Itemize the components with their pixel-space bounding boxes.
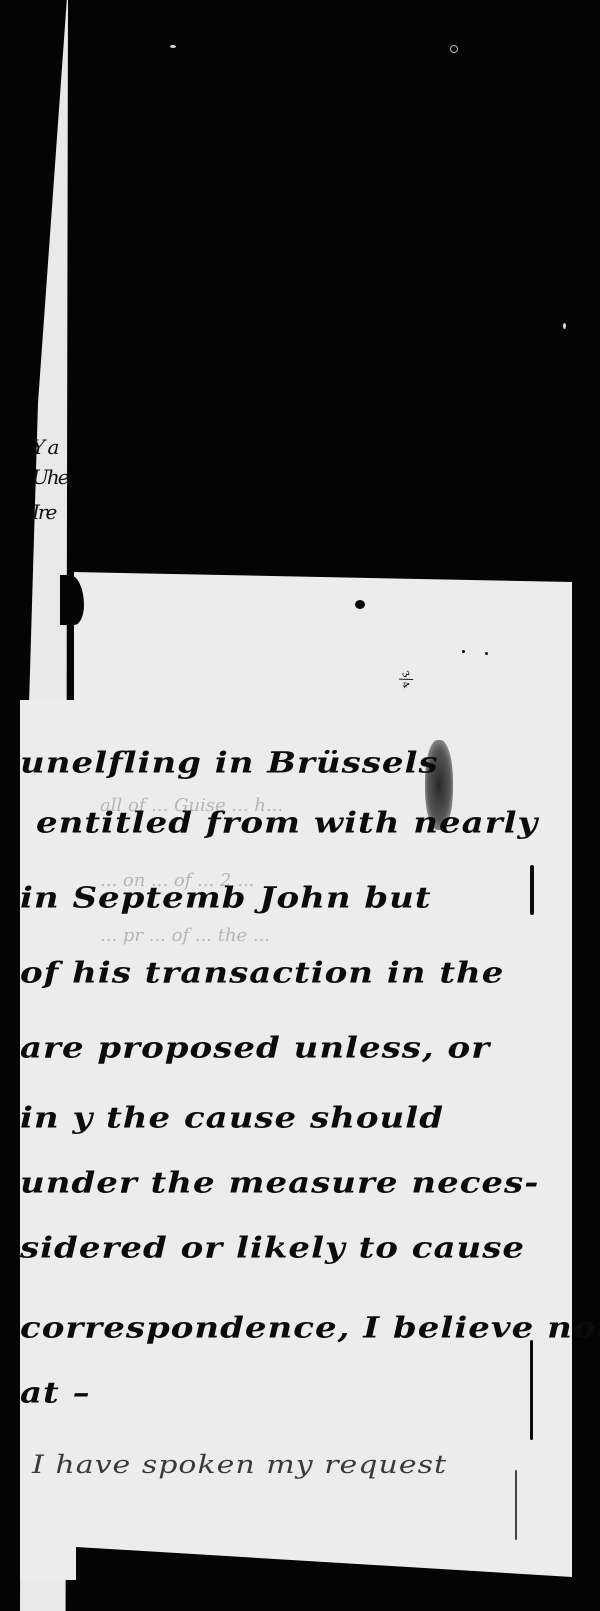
bracket-mark <box>530 865 534 915</box>
ink-blot <box>355 600 365 609</box>
handwritten-line-10: at – <box>20 1376 91 1410</box>
handwritten-line-11: I have spoken my request <box>32 1450 447 1480</box>
film-speck <box>450 45 458 53</box>
letter-sheet <box>74 572 572 1577</box>
film-speck <box>563 323 566 329</box>
bleed-through-text: ... pr ... of ... the ... <box>100 925 270 946</box>
ink-speck <box>462 650 465 653</box>
handwritten-line-8: sidered or likely to cause <box>20 1231 525 1265</box>
bracket-mark <box>530 1340 533 1440</box>
handwritten-line-9: correspondence, I believe not <box>20 1311 600 1345</box>
strip-text-line: Uhe <box>32 465 68 489</box>
strip-text-line: Ire <box>32 500 55 524</box>
ink-speck <box>485 652 488 655</box>
handwritten-line-1: unelfling in Brüssels <box>20 746 439 780</box>
document-viewer: Y a Uhe Ire ¾ all of ... Guise ... h... … <box>0 0 600 1611</box>
bracket-mark <box>515 1470 517 1540</box>
strip-text-line: Y a <box>32 435 57 459</box>
film-speck <box>170 45 176 48</box>
handwritten-line-4: of his transaction in the <box>20 956 504 990</box>
handwritten-line-5: are proposed unless, or <box>20 1031 490 1065</box>
handwritten-line-7: under the measure neces- <box>20 1166 539 1200</box>
handwritten-line-2: entitled from with nearly <box>36 806 538 840</box>
handwritten-line-6: in y the cause should <box>20 1101 444 1135</box>
handwritten-line-3: in Septemb John but <box>20 881 432 915</box>
